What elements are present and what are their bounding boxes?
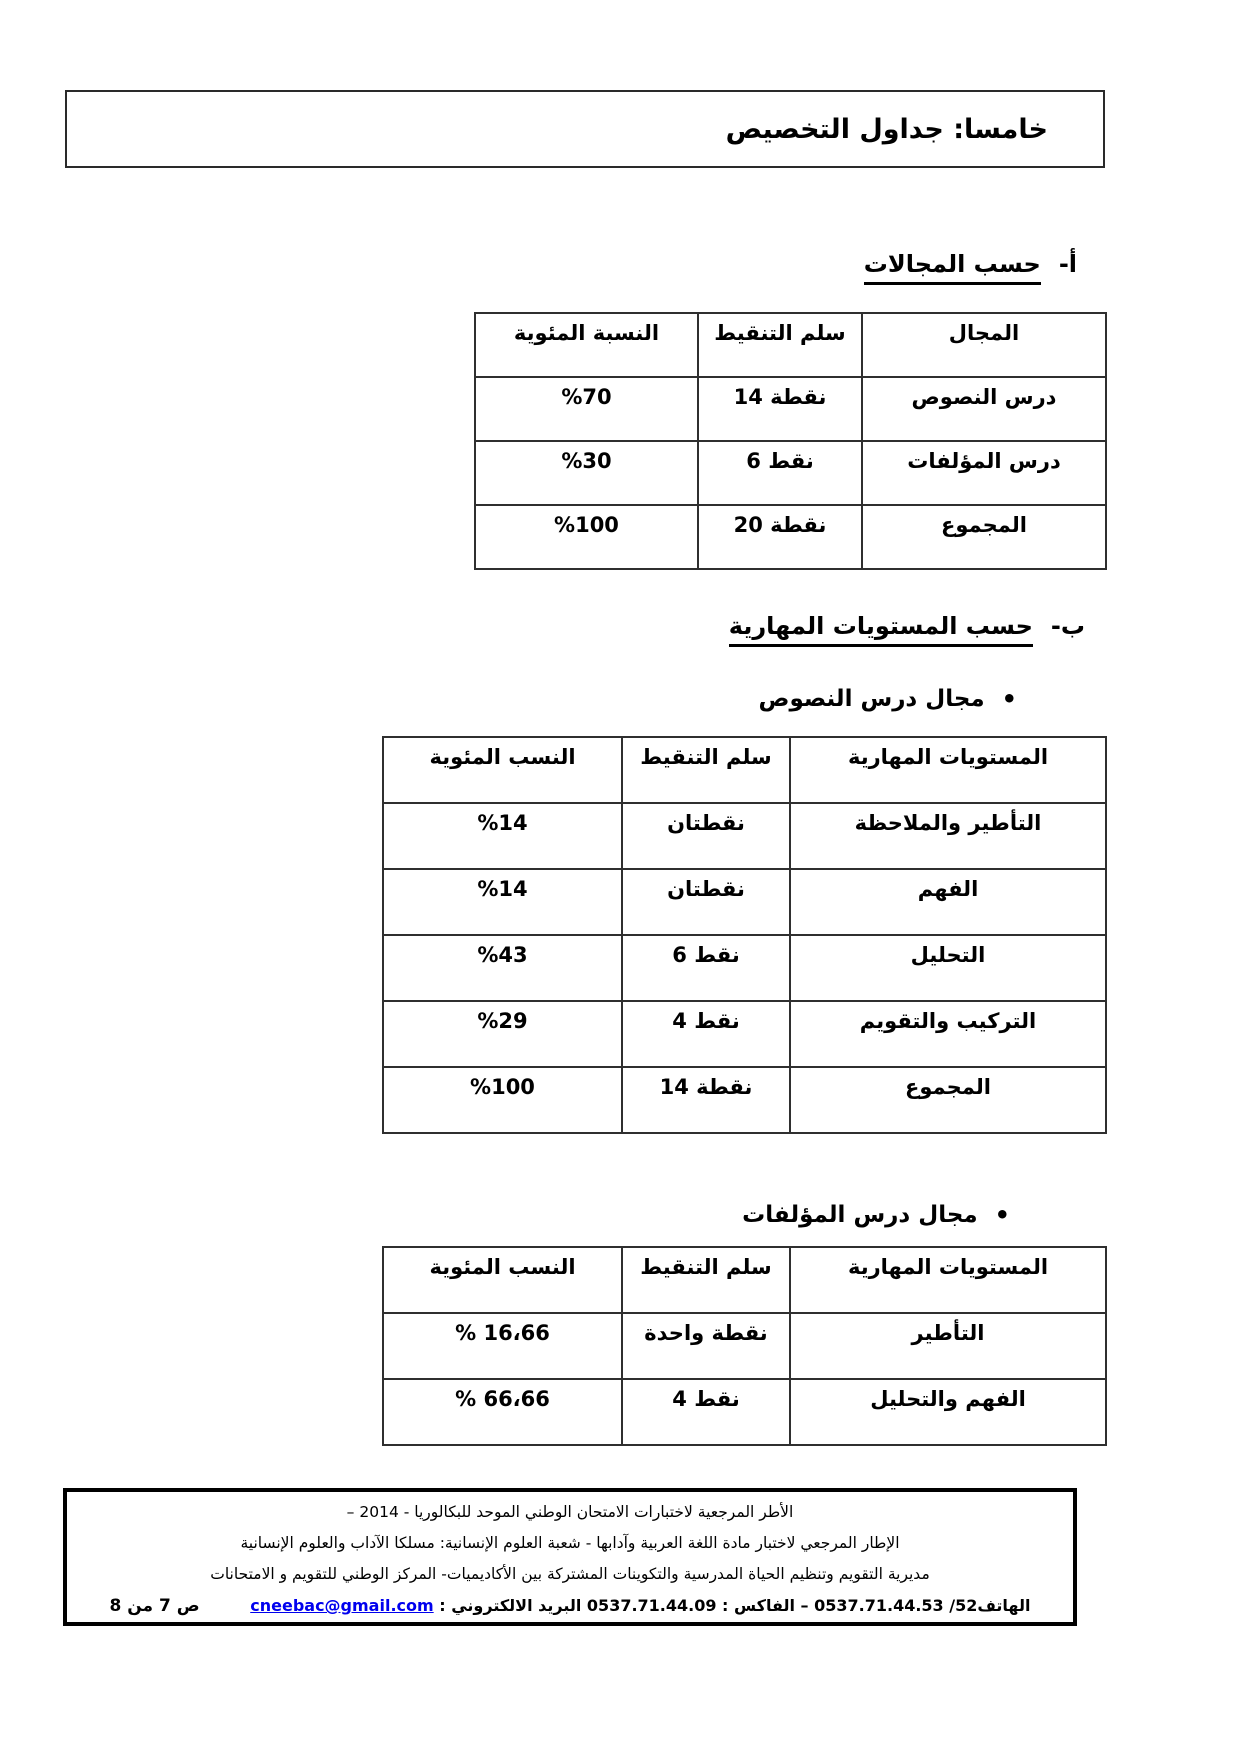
cell-domain: درس المؤلفات: [862, 441, 1106, 505]
works-levels-table: المستويات المهارية سلم التنقيط النسب الم…: [382, 1246, 1107, 1446]
bullet-icon: •: [995, 1203, 1010, 1227]
table-row: التأطير والملاحظة نقطتان %14: [383, 803, 1106, 869]
cell-scale: 14 نقطة: [622, 1067, 790, 1133]
cell-skill: التحليل: [790, 935, 1106, 1001]
title-box: خامسا: جداول التخصيص: [65, 90, 1105, 168]
footer-line-3: مديرية التقويم وتنظيم الحياة المدرسية وا…: [67, 1559, 1073, 1590]
cell-scale: 14 نقطة: [698, 377, 862, 441]
bullet-texts-domain: • مجال درس النصوص: [759, 686, 1017, 712]
table-row: الفهم نقطتان %14: [383, 869, 1106, 935]
cell-skill: التأطير: [790, 1313, 1106, 1379]
header-percent: النسب المئوية: [383, 1247, 622, 1313]
header-scale: سلم التنقيط: [622, 1247, 790, 1313]
section-b-marker: ب-: [1051, 612, 1085, 640]
footer-line-2: الإطار المرجعي لاختبار مادة اللغة العربي…: [67, 1528, 1073, 1559]
cell-scale: نقطتان: [622, 869, 790, 935]
cell-skill: التأطير والملاحظة: [790, 803, 1106, 869]
cell-percent: %30: [475, 441, 698, 505]
bullet-works-domain: • مجال درس المؤلفات: [742, 1202, 1010, 1228]
cell-scale: 20 نقطة: [698, 505, 862, 569]
header-scale: سلم التنقيط: [622, 737, 790, 803]
bullet-icon: •: [1002, 687, 1017, 711]
table-row: التحليل 6 نقط %43: [383, 935, 1106, 1001]
cell-scale: 6 نقط: [698, 441, 862, 505]
table-header-row: المجال سلم التنقيط النسبة المئوية: [475, 313, 1106, 377]
email-link[interactable]: cneebac@gmail.com: [250, 1596, 433, 1615]
cell-skill: الفهم والتحليل: [790, 1379, 1106, 1445]
section-b-heading: ب- حسب المستويات المهارية: [729, 612, 1085, 647]
cell-percent: %29: [383, 1001, 622, 1067]
table-row: التأطير نقطة واحدة % 16،66: [383, 1313, 1106, 1379]
header-percent: النسبة المئوية: [475, 313, 698, 377]
cell-domain: المجموع: [862, 505, 1106, 569]
table-row: الفهم والتحليل 4 نقط % 66،66: [383, 1379, 1106, 1445]
footer-contact-text: الهاتف52/ 0537.71.44.53 – الفاكس : 0537.…: [439, 1596, 1030, 1615]
header-skill: المستويات المهارية: [790, 737, 1106, 803]
table-header-row: المستويات المهارية سلم التنقيط النسب الم…: [383, 737, 1106, 803]
document-page: خامسا: جداول التخصيص أ- حسب المجالات الم…: [0, 0, 1240, 1754]
cell-percent: %70: [475, 377, 698, 441]
footer-line-contact: الهاتف52/ 0537.71.44.53 – الفاكس : 0537.…: [67, 1590, 1073, 1622]
page-number: ص 7 من 8: [110, 1596, 200, 1616]
section-b-title: حسب المستويات المهارية: [729, 612, 1033, 647]
table-row: التركيب والتقويم 4 نقط %29: [383, 1001, 1106, 1067]
cell-percent: % 66،66: [383, 1379, 622, 1445]
cell-scale: 4 نقط: [622, 1379, 790, 1445]
cell-scale: نقطة واحدة: [622, 1313, 790, 1379]
texts-levels-table: المستويات المهارية سلم التنقيط النسب الم…: [382, 736, 1107, 1134]
cell-percent: %100: [475, 505, 698, 569]
cell-skill: الفهم: [790, 869, 1106, 935]
header-scale: سلم التنقيط: [698, 313, 862, 377]
section-a-marker: أ-: [1059, 250, 1077, 278]
header-percent: النسب المئوية: [383, 737, 622, 803]
domains-table: المجال سلم التنقيط النسبة المئوية درس ال…: [474, 312, 1107, 570]
header-skill: المستويات المهارية: [790, 1247, 1106, 1313]
footer-line-1: الأطر المرجعية لاختبارات الامتحان الوطني…: [67, 1497, 1073, 1528]
bullet-texts-label: مجال درس النصوص: [759, 686, 985, 712]
table-header-row: المستويات المهارية سلم التنقيط النسب الم…: [383, 1247, 1106, 1313]
footer-box: الأطر المرجعية لاختبارات الامتحان الوطني…: [63, 1488, 1077, 1626]
cell-percent: % 16،66: [383, 1313, 622, 1379]
cell-skill: التركيب والتقويم: [790, 1001, 1106, 1067]
section-a-title: حسب المجالات: [864, 250, 1041, 285]
cell-domain: درس النصوص: [862, 377, 1106, 441]
cell-scale: نقطتان: [622, 803, 790, 869]
cell-scale: 4 نقط: [622, 1001, 790, 1067]
page-title: خامسا: جداول التخصيص: [726, 114, 1048, 145]
header-domain: المجال: [862, 313, 1106, 377]
bullet-works-label: مجال درس المؤلفات: [742, 1202, 978, 1228]
cell-percent: %100: [383, 1067, 622, 1133]
cell-percent: %43: [383, 935, 622, 1001]
table-row: درس المؤلفات 6 نقط %30: [475, 441, 1106, 505]
section-a-heading: أ- حسب المجالات: [864, 250, 1077, 285]
table-total-row: المجموع 14 نقطة %100: [383, 1067, 1106, 1133]
cell-percent: %14: [383, 803, 622, 869]
cell-scale: 6 نقط: [622, 935, 790, 1001]
cell-percent: %14: [383, 869, 622, 935]
table-row: درس النصوص 14 نقطة %70: [475, 377, 1106, 441]
table-total-row: المجموع 20 نقطة %100: [475, 505, 1106, 569]
cell-skill: المجموع: [790, 1067, 1106, 1133]
